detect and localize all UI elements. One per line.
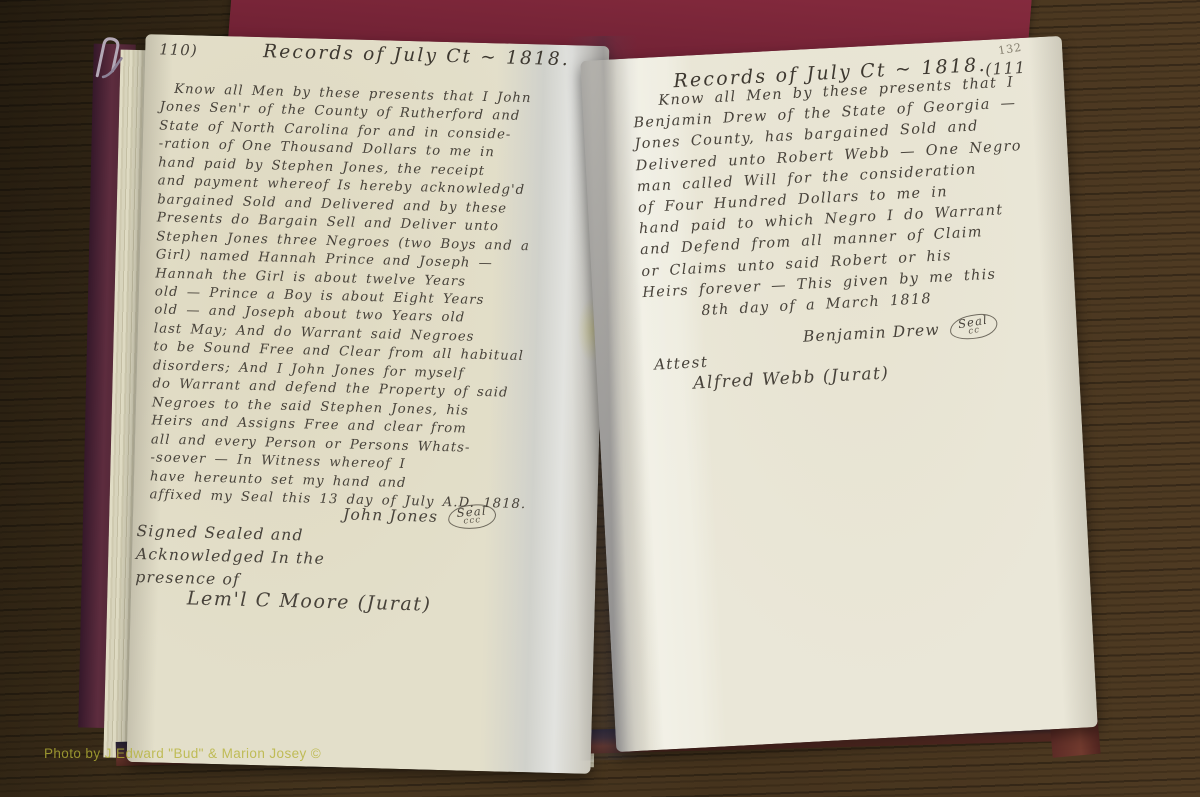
left-witness-signature: Lem'l C Moore (Jurat) bbox=[187, 587, 432, 615]
left-page-body-text: Know all Men by these presents that I Jo… bbox=[149, 80, 602, 516]
left-signature-row: John JonesSealccc bbox=[343, 505, 497, 529]
left-page-number: 110) bbox=[159, 40, 198, 59]
left-attestation-text: Signed Sealed andAcknowledged In thepres… bbox=[135, 520, 326, 594]
right-page-body-text: Know all Men by these presents that IBen… bbox=[632, 70, 1070, 325]
photo-credit-watermark: Photo by J Edward "Bud" & Marion Josey © bbox=[44, 746, 321, 761]
right-signature-row: Benjamin DrewSealcc bbox=[802, 318, 998, 348]
attest-label: Attest bbox=[654, 353, 709, 374]
right-signature: Benjamin Drew bbox=[802, 321, 940, 346]
right-page: 132 (111 Records of July Ct ~ 1818. Know… bbox=[580, 36, 1098, 752]
left-page: 110) Records of July Ct ~ 1818. Know all… bbox=[127, 34, 610, 774]
left-page-header: Records of July Ct ~ 1818. bbox=[263, 41, 570, 70]
right-witness-signature: Alfred Webb (Jurat) bbox=[693, 363, 890, 393]
right-seal-scribble: Sealcc bbox=[948, 311, 999, 342]
left-signature: John Jones bbox=[343, 505, 439, 525]
photo-of-open-record-book: 110) Records of July Ct ~ 1818. Know all… bbox=[0, 0, 1200, 797]
pencil-note: 132 bbox=[997, 41, 1023, 58]
